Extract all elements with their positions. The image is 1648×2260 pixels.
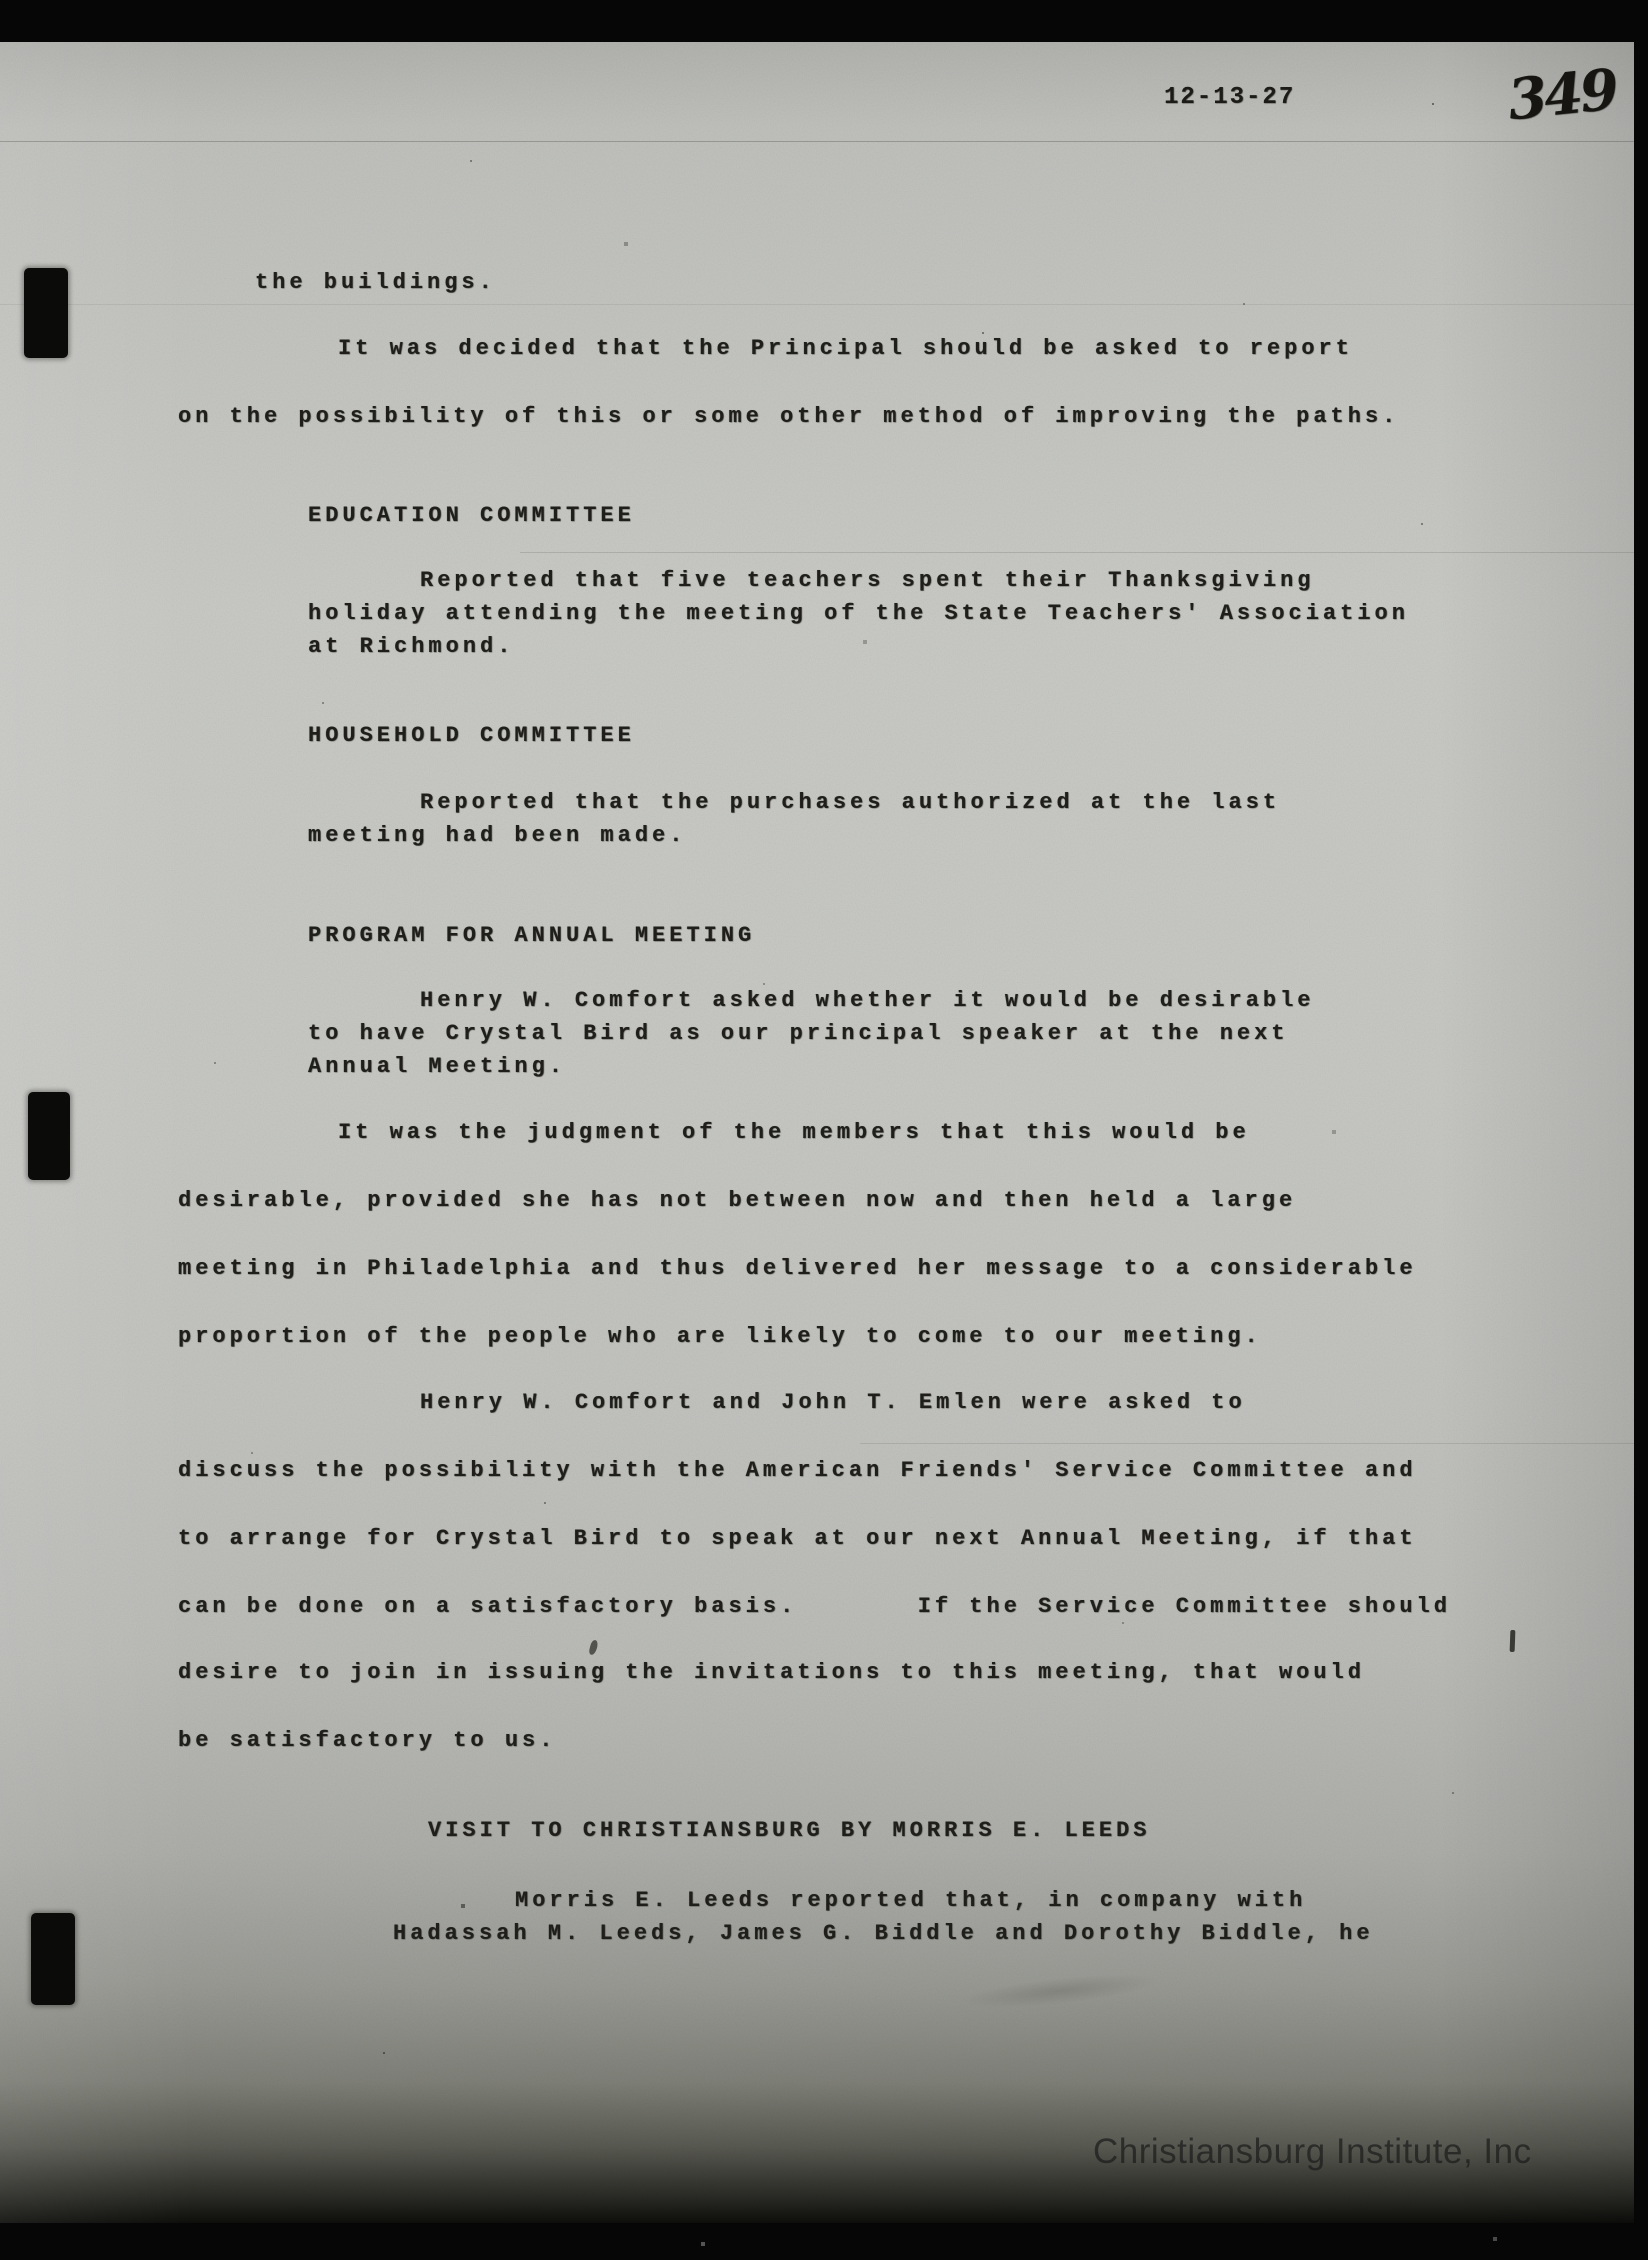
text-line: at Richmond. bbox=[308, 634, 514, 659]
binder-hole-mark bbox=[31, 1913, 75, 2005]
text-line: the buildings. bbox=[255, 270, 496, 295]
text-line: EDUCATION COMMITTEE bbox=[308, 503, 635, 528]
text-line: VISIT TO CHRISTIANSBURG BY MORRIS E. LEE… bbox=[428, 1818, 1151, 1843]
typewritten-text-layer: the buildings.It was decided that the Pr… bbox=[0, 0, 1648, 2260]
text-line: to have Crystal Bird as our principal sp… bbox=[308, 1021, 1289, 1046]
binder-hole-mark bbox=[28, 1092, 70, 1180]
text-line: be satisfactory to us. bbox=[178, 1728, 556, 1753]
text-line: holiday attending the meeting of the Sta… bbox=[308, 601, 1409, 626]
binder-hole-mark bbox=[24, 268, 68, 358]
text-line: It was decided that the Principal should… bbox=[338, 336, 1353, 361]
text-line: to arrange for Crystal Bird to speak at … bbox=[178, 1526, 1417, 1551]
text-line: HOUSEHOLD COMMITTEE bbox=[308, 723, 635, 748]
text-line: Reported that the purchases authorized a… bbox=[420, 790, 1280, 815]
text-line: Henry W. Comfort asked whether it would … bbox=[420, 988, 1315, 1013]
scan-root: 12-13-27 349 the buildings.It was decide… bbox=[0, 0, 1648, 2260]
text-line: meeting in Philadelphia and thus deliver… bbox=[178, 1256, 1417, 1281]
text-line: Annual Meeting. bbox=[308, 1054, 566, 1079]
text-line: Hadassah M. Leeds, James G. Biddle and D… bbox=[393, 1921, 1374, 1946]
text-line: It was the judgment of the members that … bbox=[338, 1120, 1250, 1145]
text-line: desirable, provided she has not between … bbox=[178, 1188, 1296, 1213]
text-line: desire to join in issuing the invitation… bbox=[178, 1660, 1365, 1685]
text-line: on the possibility of this or some other… bbox=[178, 404, 1399, 429]
ink-tick-artifact bbox=[1510, 1630, 1516, 1652]
text-line: Henry W. Comfort and John T. Emlen were … bbox=[420, 1390, 1246, 1415]
text-line: discuss the possibility with the America… bbox=[178, 1458, 1417, 1483]
text-line: Morris E. Leeds reported that, in compan… bbox=[515, 1888, 1306, 1913]
text-line: PROGRAM FOR ANNUAL MEETING bbox=[308, 923, 755, 948]
text-line: meeting had been made. bbox=[308, 823, 686, 848]
text-line: proportion of the people who are likely … bbox=[178, 1324, 1262, 1349]
text-line: can be done on a satisfactory basis. If … bbox=[178, 1594, 1451, 1619]
watermark: Christiansburg Institute, Inc bbox=[1093, 2132, 1532, 2172]
text-line: Reported that five teachers spent their … bbox=[420, 568, 1315, 593]
